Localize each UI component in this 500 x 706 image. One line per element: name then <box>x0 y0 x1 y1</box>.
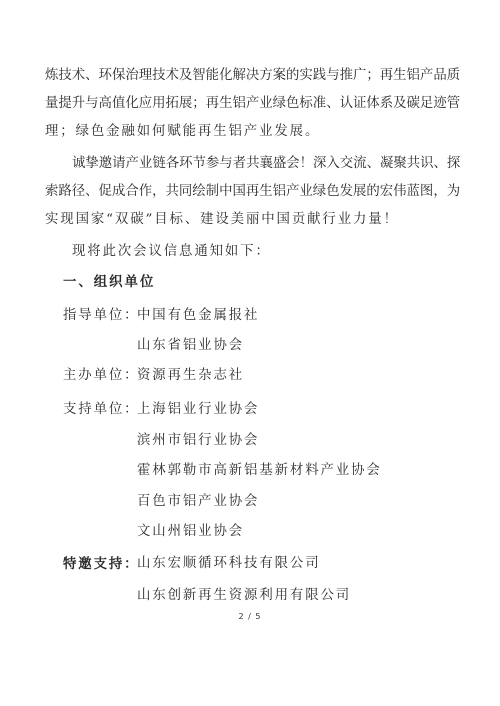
notice-text: 现将此次会议信息通知如下： <box>72 243 482 261</box>
org-label: 支持单位： <box>63 401 139 419</box>
section-heading: 一、组织单位 <box>63 274 473 292</box>
org-value: 文山州铝业协会 <box>137 523 244 541</box>
paragraph-line: 索路径、促成合作，共同绘制中国再生铝产业绿色发展的宏伟蓝图，为 <box>45 183 455 201</box>
org-label: 特邀支持： <box>63 555 139 573</box>
paragraph-line: 理；绿色金融如何赋能再生铝产业发展。 <box>45 123 455 141</box>
page-number: 2 / 5 <box>0 612 500 621</box>
paragraph-line: 炼技术、环保治理技术及智能化解决方案的实践与推广；再生铝产品质 <box>45 67 455 85</box>
org-value: 山东宏顺循环科技有限公司 <box>137 555 321 573</box>
org-value: 山东省铝业协会 <box>137 337 244 355</box>
org-label: 主办单位： <box>63 367 139 385</box>
paragraph-line: 实现国家“双碳”目标、建设美丽中国贡献行业力量！ <box>45 211 455 229</box>
org-value: 霍林郭勒市高新铝基新材料产业协会 <box>137 462 382 480</box>
org-value: 滨州市铝行业协会 <box>137 432 259 450</box>
org-label: 指导单位： <box>63 307 139 325</box>
org-value: 百色市铝产业协会 <box>137 493 259 511</box>
paragraph-line: 量提升与高值化应用拓展；再生铝产业绿色标准、认证体系及碳足迹管 <box>45 95 455 113</box>
org-value: 中国有色金属报社 <box>137 307 259 325</box>
org-value: 上海铝业行业协会 <box>137 401 259 419</box>
paragraph-line: 诚挚邀请产业链各环节参与者共襄盛会！深入交流、凝聚共识、探 <box>72 155 455 173</box>
org-value: 山东创新再生资源利用有限公司 <box>137 587 351 605</box>
org-value: 资源再生杂志社 <box>137 367 244 385</box>
